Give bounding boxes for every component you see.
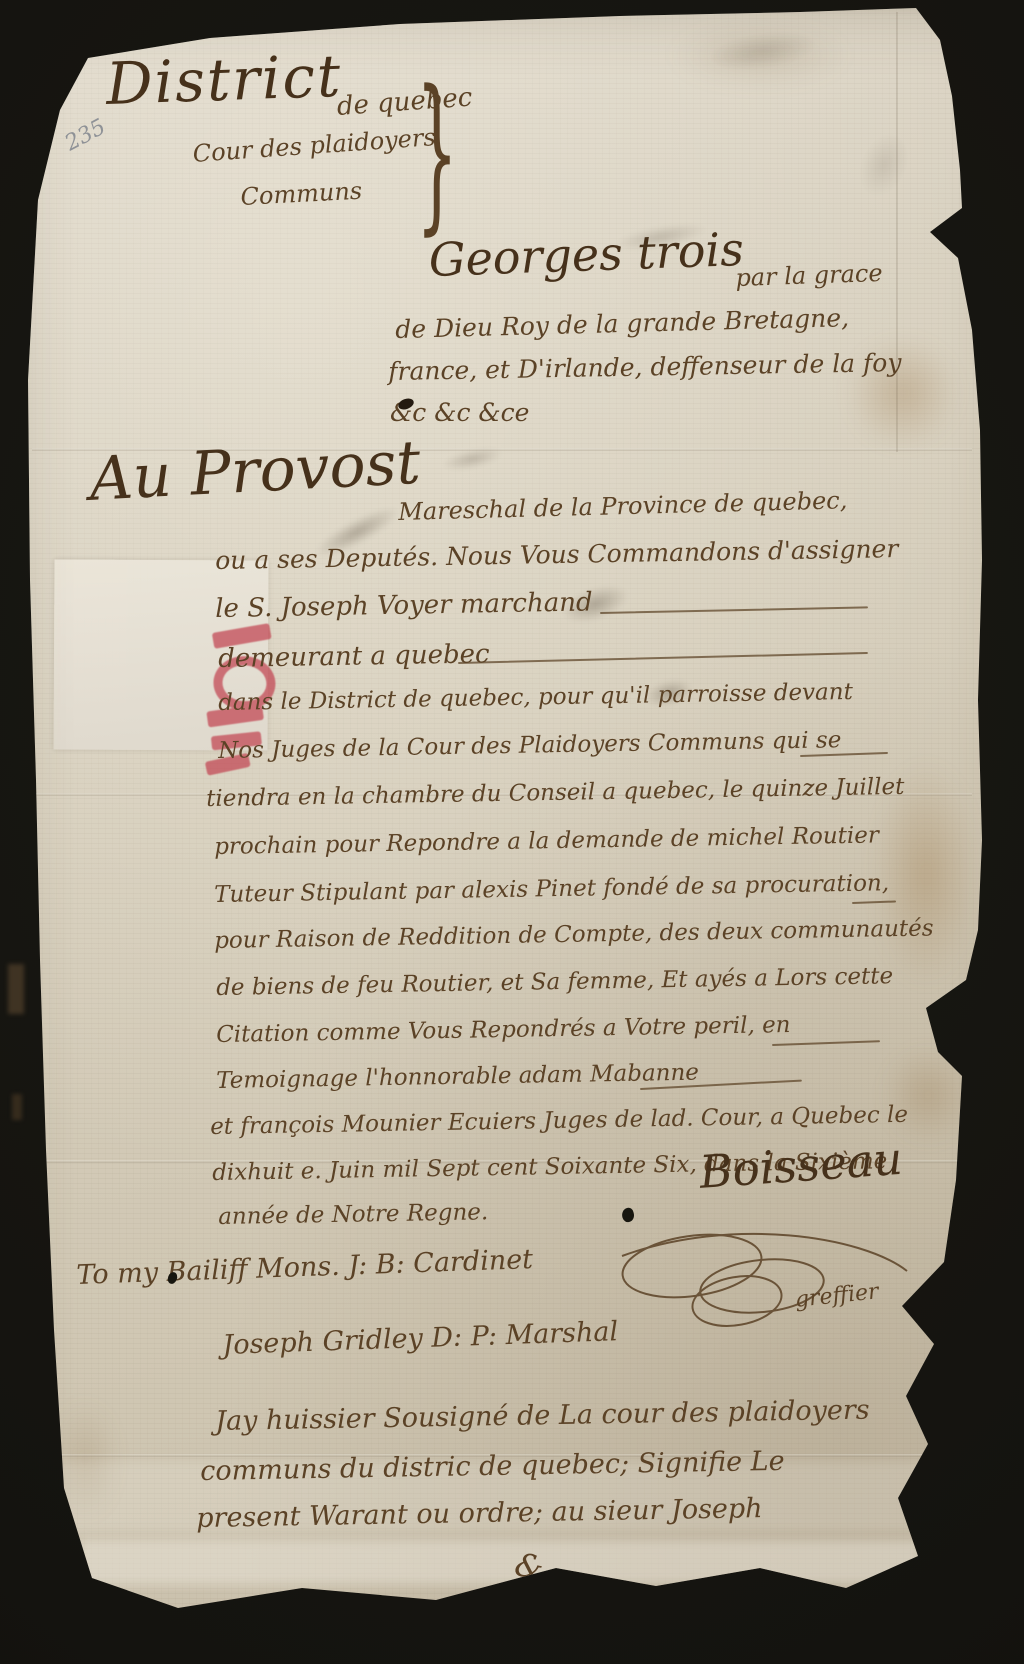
bottom-ampersand: & (512, 1548, 546, 1584)
body-line: Temoignage l'honnorable adam Mabanne (216, 1062, 699, 1093)
address-salutation: Au Provost (88, 433, 422, 510)
body-line: Tuteur Stipulant par alexis Pinet fondé … (214, 872, 889, 907)
royal-title-grace: par la grace (735, 261, 883, 290)
body-line: dans le District de quebec, pour qu'il p… (218, 681, 853, 715)
address-line3: le S. Joseph Voyer marchand (215, 589, 593, 622)
ink-rule (772, 1040, 880, 1046)
body-line: tiendra en la chambre du Conseil a quebe… (206, 776, 905, 811)
fold-crease-vertical (896, 12, 898, 452)
body-line: pour Raison de Reddition de Compte, des … (214, 917, 934, 953)
body-line: Nos Juges de la Cour des Plaidoyers Comm… (218, 729, 842, 763)
signature-flourish (612, 1196, 912, 1336)
margin-speck (8, 964, 24, 1014)
ink-bleed-smudge (428, 437, 517, 480)
body-line: de biens de feu Routier, et Sa femme, Et… (216, 965, 893, 1000)
endorsement-line1: To my Bailiff Mons. J: B: Cardinet (76, 1246, 533, 1289)
paper-fold-highlight (80, 1540, 920, 1584)
scan-background: { "colors": { "background": "#14130f", "… (0, 0, 1024, 1664)
margin-speck (12, 1094, 22, 1120)
endorsement-line2: Joseph Gridley D: P: Marshal (222, 1318, 619, 1359)
service-line: Jay huissier Sousigné de La cour des pla… (215, 1397, 870, 1435)
ink-bleed-smudge (838, 112, 929, 219)
heading-communs-line: Communs (240, 179, 363, 209)
body-line: Citation comme Vous Repondrés a Votre pe… (216, 1014, 791, 1047)
royal-title-line2: de Dieu Roy de la grande Bretagne, (395, 305, 849, 342)
archive-number: 235 (62, 116, 109, 155)
stain (828, 318, 978, 468)
royal-title-line3: france, et D'irlande, deffenseur de la f… (388, 350, 902, 384)
address-line4: demeurant a quebec (218, 641, 490, 672)
heading-district: District (105, 47, 343, 113)
manuscript-page: 235 District de quebec Cour des plaidoye… (0, 0, 1024, 1664)
royal-title-name: Georges trois (428, 226, 744, 283)
signature-name: Boisseau (698, 1136, 904, 1195)
body-line: année de Notre Regne. (218, 1201, 488, 1229)
heading-cour-line: Cour des plaidoyers (192, 125, 436, 166)
ink-rule (600, 606, 868, 614)
brace-glyph: } (416, 70, 458, 238)
body-line: prochain pour Repondre a la demande de m… (214, 824, 879, 859)
ink-rule (458, 652, 868, 664)
body-line: et françois Mounier Ecuiers Juges de lad… (210, 1104, 908, 1139)
address-mareschal: Mareschal de la Province de quebec, (398, 488, 848, 524)
